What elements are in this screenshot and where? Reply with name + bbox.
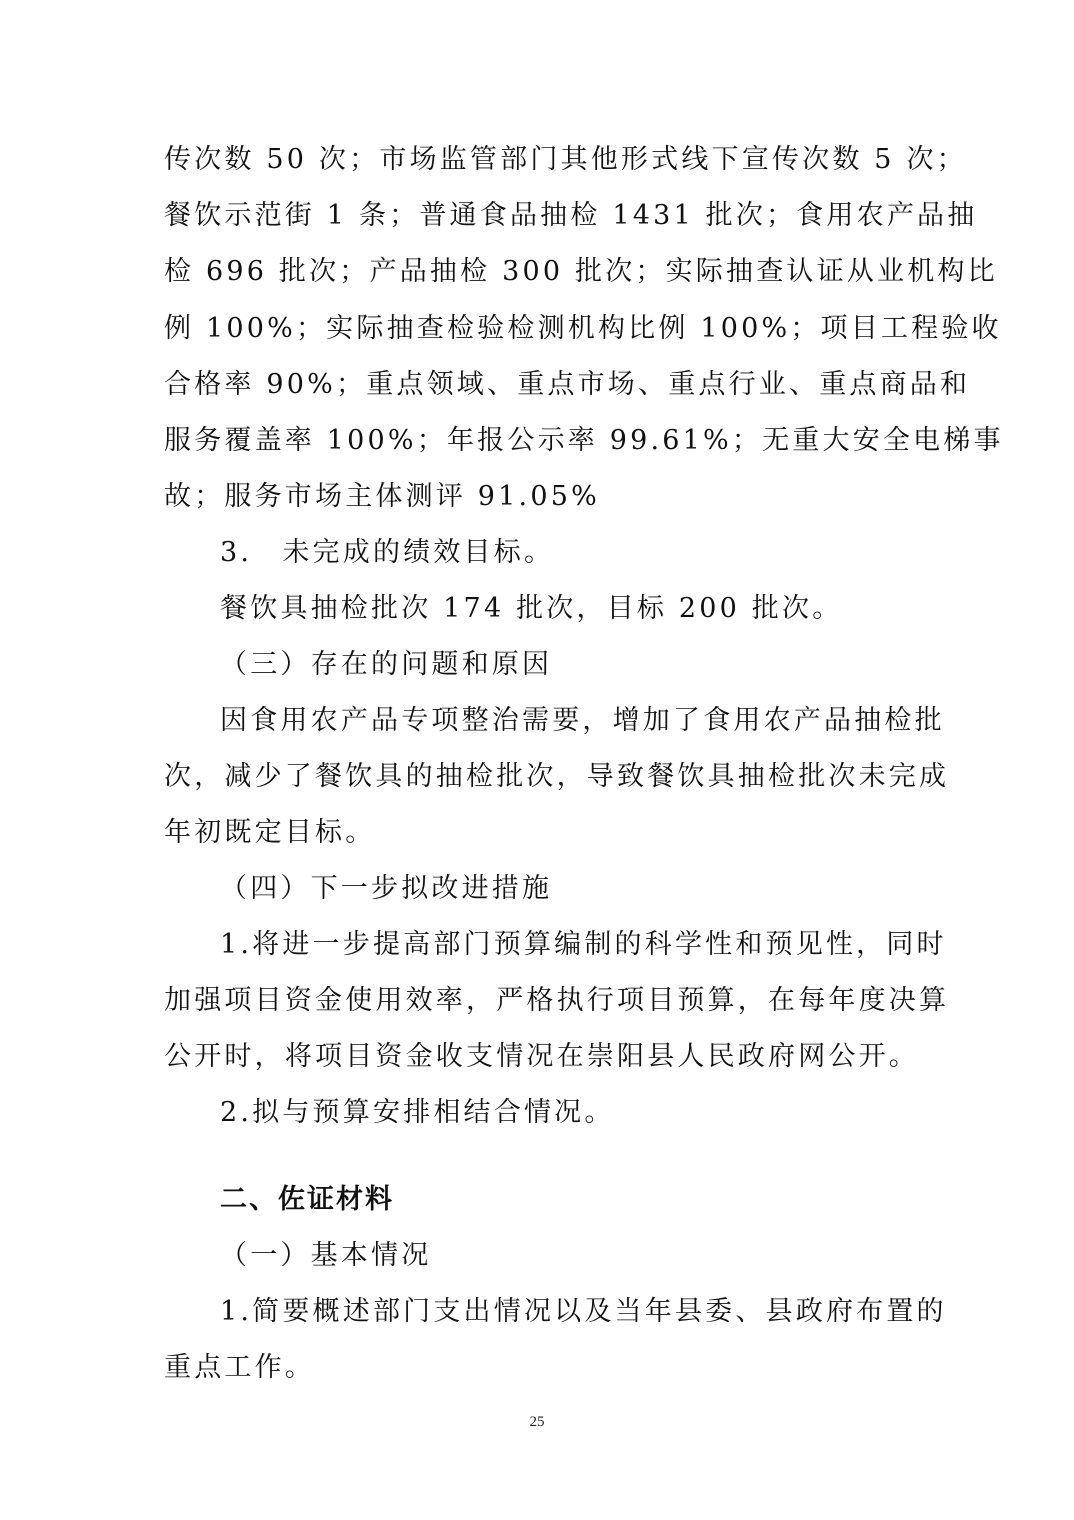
paragraph-line: （四）下一步拟改进措施: [220, 869, 914, 909]
paragraph-line: 故；服务市场主体测评 91.05%: [164, 477, 914, 517]
paragraph-line: 餐饮具抽检批次 174 批次，目标 200 批次。: [220, 589, 914, 629]
paragraph-line: 1.简要概述部门支出情况以及当年县委、县政府布置的: [220, 1292, 914, 1332]
paragraph-line: 合格率 90%；重点领域、重点市场、重点行业、重点商品和: [164, 365, 914, 405]
paragraph-line: 3. 未完成的绩效目标。: [220, 533, 914, 573]
paragraph-line: （一）基本情况: [220, 1236, 914, 1276]
paragraph-line: 服务覆盖率 100%；年报公示率 99.61%；无重大安全电梯事: [164, 421, 914, 461]
paragraph-line: 因食用农产品专项整治需要，增加了食用农产品抽检批: [220, 701, 914, 741]
paragraph-line: 1.将进一步提高部门预算编制的科学性和预见性，同时: [220, 925, 914, 965]
paragraph-line: 加强项目资金使用效率，严格执行项目预算，在每年度决算: [164, 981, 914, 1021]
paragraph-line: 次，减少了餐饮具的抽检批次，导致餐饮具抽检批次未完成: [164, 757, 914, 797]
paragraph-line: 公开时，将项目资金收支情况在崇阳县人民政府网公开。: [164, 1037, 914, 1077]
section-heading-evidence-materials: 二、佐证材料: [220, 1180, 914, 1220]
document-page: 传次数 50 次；市场监管部门其他形式线下宣传次数 5 次；餐饮示范街 1 条；…: [0, 0, 1074, 1520]
page-number: 25: [0, 1412, 1074, 1432]
paragraph-line: 传次数 50 次；市场监管部门其他形式线下宣传次数 5 次；: [164, 140, 914, 180]
paragraph-line: 年初既定目标。: [164, 813, 914, 853]
paragraph-line: 例 100%；实际抽查检验检测机构比例 100%；项目工程验收: [164, 309, 914, 349]
paragraph-line: 餐饮示范街 1 条；普通食品抽检 1431 批次；食用农产品抽: [164, 196, 914, 236]
paragraph-line: 重点工作。: [164, 1348, 914, 1388]
paragraph-line: 2.拟与预算安排相结合情况。: [220, 1093, 914, 1133]
paragraph-line: （三）存在的问题和原因: [220, 645, 914, 685]
paragraph-line: 检 696 批次；产品抽检 300 批次；实际抽查认证从业机构比: [164, 252, 914, 292]
